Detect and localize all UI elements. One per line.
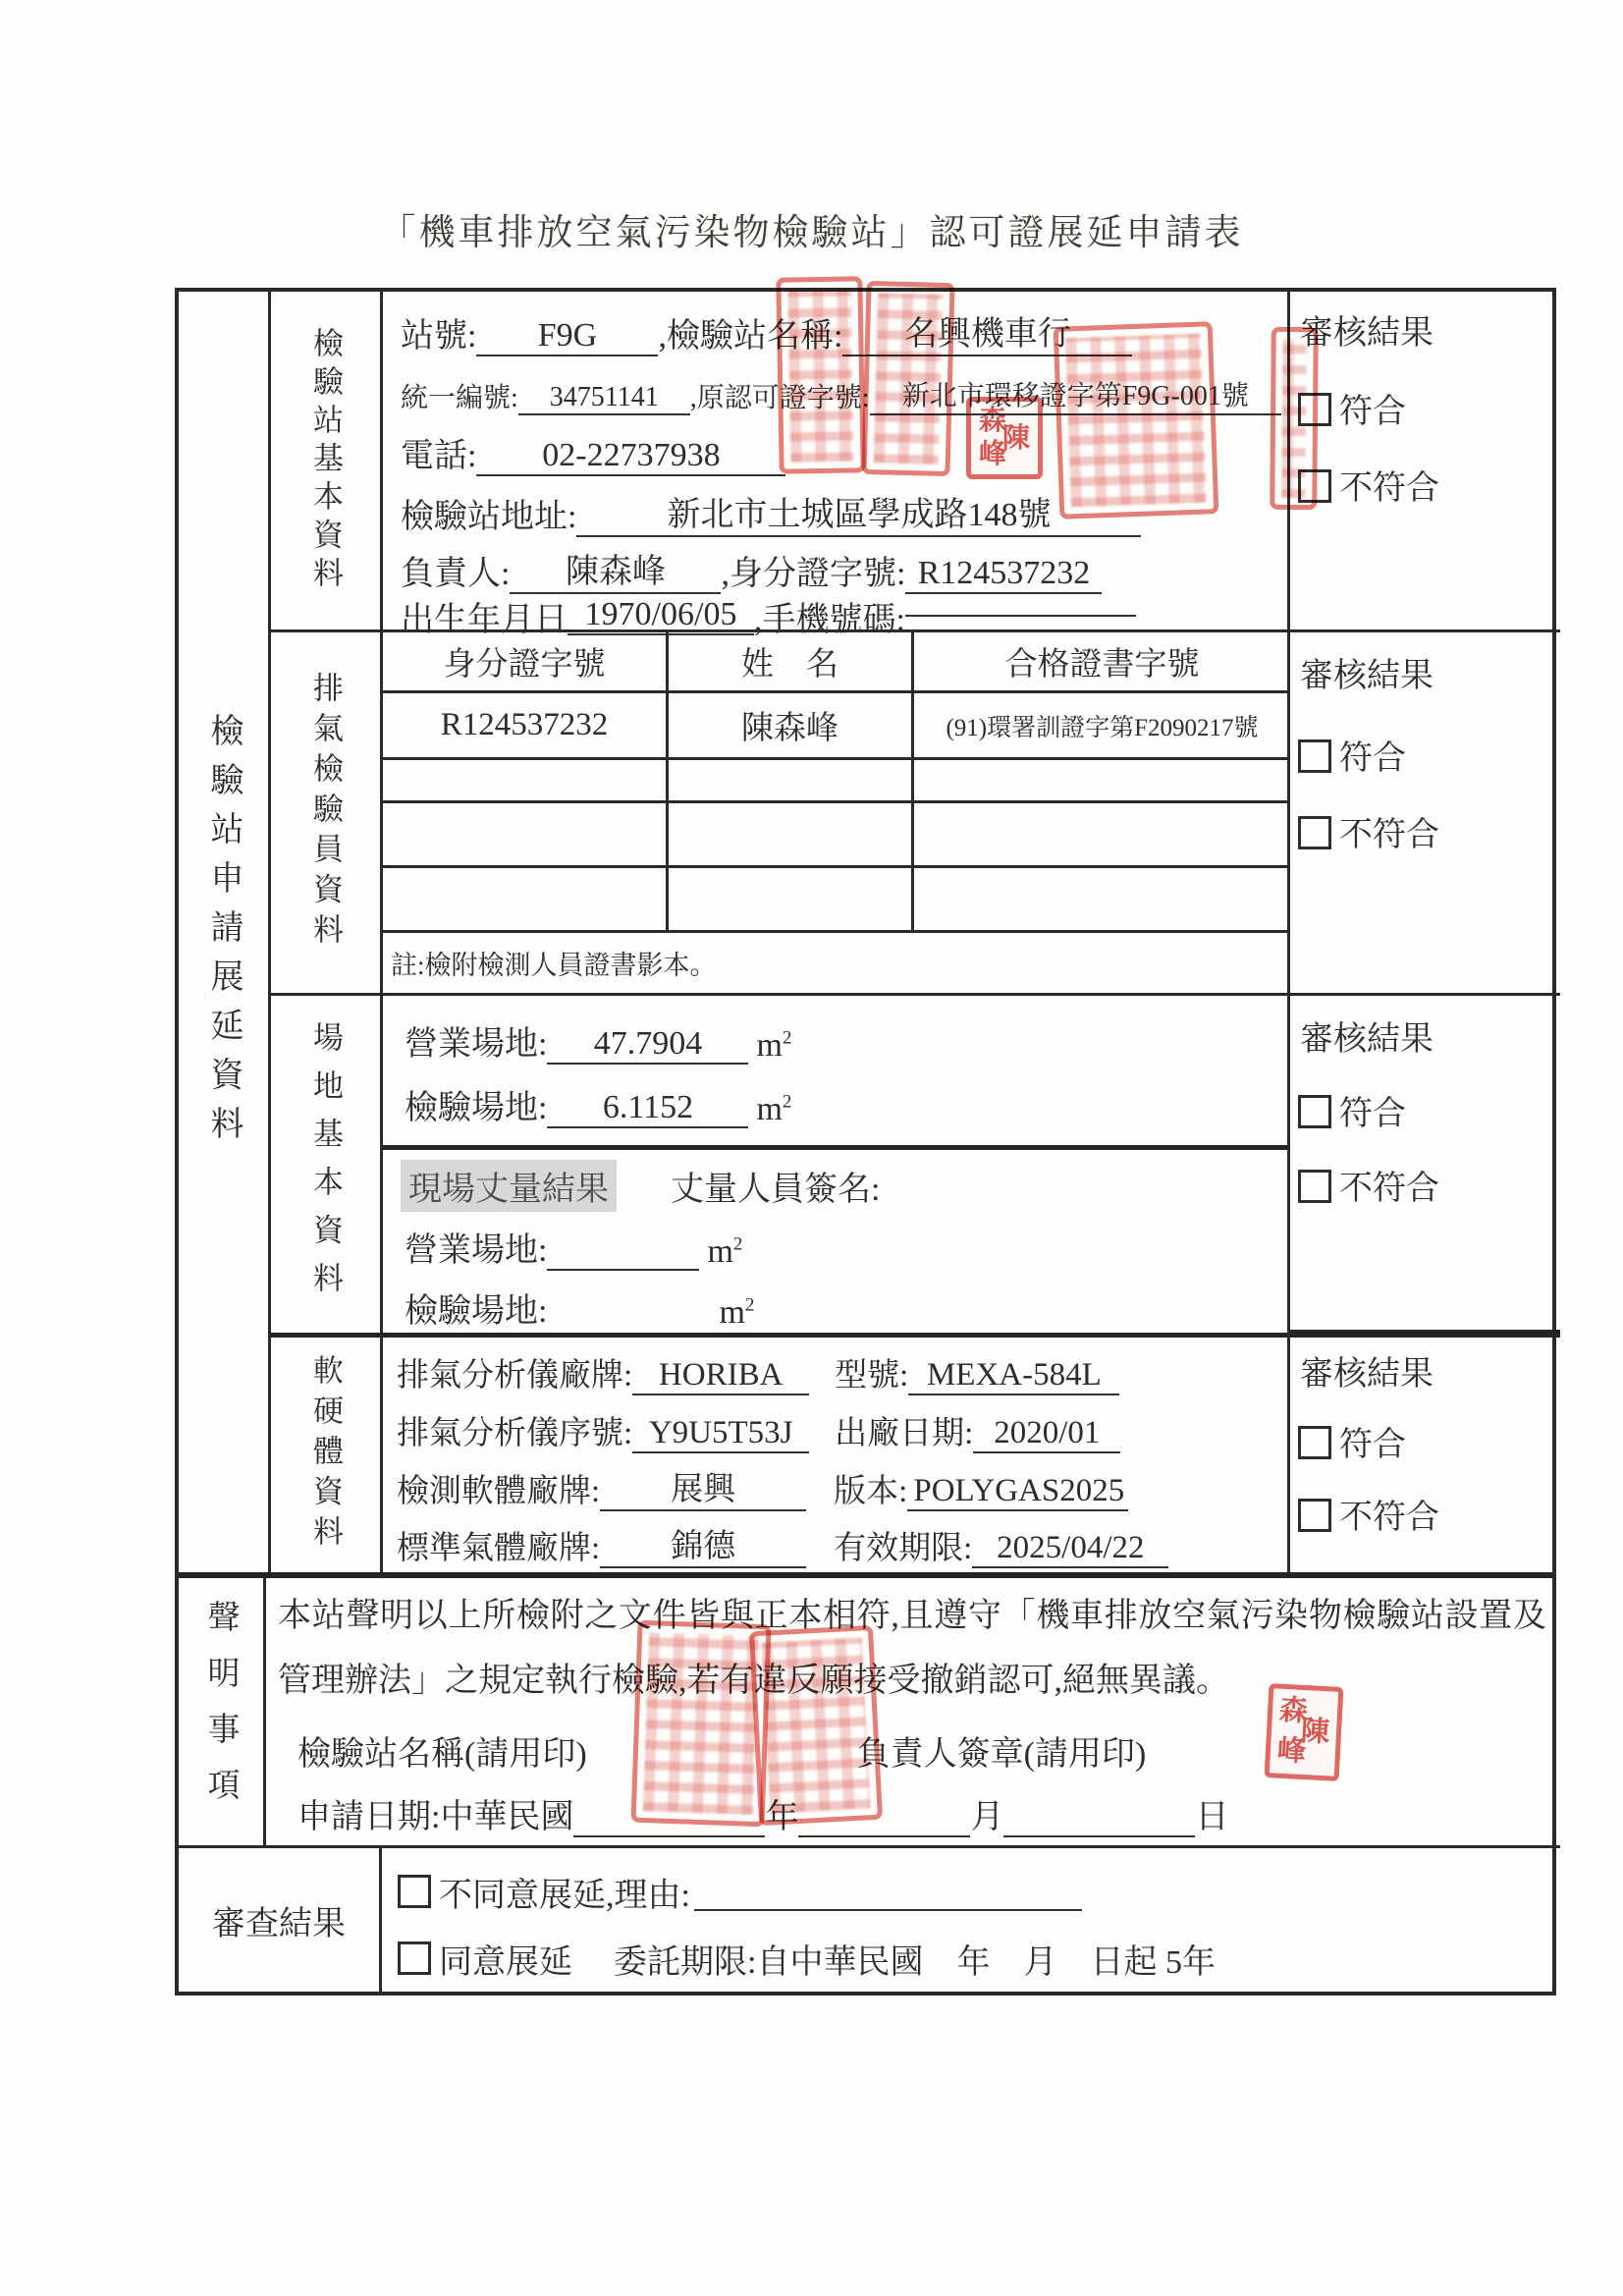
station-no-value: F9G bbox=[476, 317, 658, 356]
unit-m: m bbox=[719, 1294, 744, 1331]
review-header: 審核結果 bbox=[1300, 1011, 1434, 1060]
inspector-table: 身分證字號 姓 名 合格證書字號 R124537232 陳森峰 (91)環署訓證… bbox=[383, 632, 1290, 996]
inspector-name: 陳森峰 bbox=[669, 693, 914, 760]
seal-char: 陳 bbox=[1002, 425, 1030, 453]
apply-year-blank bbox=[573, 1835, 765, 1837]
section1-label: 檢驗站基本資料 bbox=[271, 292, 383, 632]
inspector-id-empty bbox=[383, 760, 669, 803]
inspect-area-value: 6.1152 bbox=[547, 1089, 748, 1128]
version-value: POLYGAS2025 bbox=[907, 1473, 1128, 1511]
fail-checkbox[interactable] bbox=[1298, 816, 1331, 849]
owner-seal-label: 負責人簽章(請用印) bbox=[857, 1726, 1147, 1775]
fail-label: 不符合 bbox=[1339, 1500, 1439, 1536]
version-label: 版本: bbox=[834, 1465, 907, 1511]
scanned-form-page: 「機車排放空氣污染物檢驗站」認可證展延申請表 檢驗站申請展延資料 檢驗站基本資料… bbox=[0, 0, 1623, 2296]
pass-label: 符合 bbox=[1339, 740, 1406, 777]
apply-day-blank bbox=[1003, 1835, 1195, 1837]
analyzer-serial-value: Y9U5T53J bbox=[632, 1415, 809, 1453]
owner-name-seal: 陳 森 峰 bbox=[966, 397, 1043, 479]
review-header: 審核結果 bbox=[1300, 648, 1434, 696]
pass-label: 符合 bbox=[1339, 1096, 1406, 1132]
onsite-inspect-label: 檢驗場地: bbox=[405, 1284, 547, 1332]
fail-checkbox[interactable] bbox=[1298, 1170, 1331, 1203]
pass-label: 符合 bbox=[1339, 1427, 1406, 1463]
company-seal-stamp bbox=[749, 1625, 883, 1826]
agree-detail: 委託期限:自中華民國 年 月 日起 5年 bbox=[614, 1935, 1216, 1983]
station-seal-label: 檢驗站名稱(請用印) bbox=[298, 1726, 587, 1775]
unit-sup: 2 bbox=[733, 1234, 743, 1255]
pass-checkbox[interactable] bbox=[1298, 1095, 1331, 1128]
unit-m: m bbox=[756, 1091, 782, 1127]
fail-label: 不符合 bbox=[1339, 817, 1439, 853]
mobile-blank bbox=[905, 615, 1136, 617]
expiry-value: 2025/04/22 bbox=[972, 1530, 1168, 1568]
review-header: 審核結果 bbox=[1300, 305, 1434, 354]
disagree-label: 不同意展延,理由: bbox=[439, 1868, 690, 1916]
pass-checkbox[interactable] bbox=[1298, 739, 1331, 773]
outer-section-label: 檢驗站申請展延資料 bbox=[179, 292, 271, 1575]
phone-label: 電話: bbox=[401, 428, 476, 476]
inspector-name-empty bbox=[669, 803, 914, 868]
inspector-id-empty bbox=[383, 803, 669, 868]
onsite-business-label: 營業場地: bbox=[405, 1223, 547, 1271]
company-seal-stamp bbox=[1270, 327, 1319, 510]
software-brand-value: 展興 bbox=[600, 1463, 806, 1511]
inspector-col-cert: 合格證書字號 bbox=[914, 632, 1290, 693]
inspect-area-label: 檢驗場地: bbox=[405, 1080, 547, 1128]
inspector-cert-empty bbox=[914, 868, 1290, 933]
address-value: 新北市土城區學成路148號 bbox=[576, 487, 1141, 537]
declaration-label: 聲明事項 bbox=[179, 1578, 266, 1848]
business-area-label: 營業場地: bbox=[405, 1016, 547, 1065]
review-result-box-4: 審核結果 符合 不符合 bbox=[1290, 1335, 1560, 1575]
agree-label: 同意展延 bbox=[439, 1935, 572, 1983]
company-seal-stamp bbox=[861, 281, 954, 476]
station-no-label: 站號: bbox=[401, 308, 476, 356]
declaration-content: 本站聲明以上所檢附之文件皆與正本相符,且遵守「機車排放空氣污染物檢驗站設置及管理… bbox=[266, 1578, 1560, 1848]
month-label: 月 bbox=[970, 1789, 1003, 1837]
software-brand-label: 檢測軟體廠牌: bbox=[397, 1465, 600, 1511]
inspector-id: R124537232 bbox=[383, 693, 669, 760]
business-area-value: 47.7904 bbox=[547, 1025, 748, 1065]
gas-brand-label: 標準氣體廠牌: bbox=[397, 1522, 600, 1568]
measure-divider bbox=[383, 1145, 1287, 1150]
model-value: MEXA-584L bbox=[908, 1357, 1119, 1395]
analyzer-brand-value: HORIBA bbox=[632, 1357, 809, 1395]
review-result-box-2: 審核結果 符合 不符合 bbox=[1290, 632, 1560, 996]
review-result-box-1: 審核結果 符合 不符合 bbox=[1290, 292, 1560, 632]
fail-label: 不符合 bbox=[1339, 1171, 1439, 1207]
inspector-id-empty bbox=[383, 868, 669, 933]
day-label: 日 bbox=[1195, 1789, 1228, 1837]
mfg-date-value: 2020/01 bbox=[973, 1415, 1120, 1453]
section4-label: 軟硬體資料 bbox=[271, 1335, 383, 1575]
seal-char: 峰 bbox=[1276, 1737, 1306, 1767]
disagree-checkbox[interactable] bbox=[398, 1875, 431, 1908]
onsite-measure-label: 現場丈量結果 bbox=[401, 1160, 617, 1212]
uniform-no-label: 統一編號: bbox=[401, 376, 518, 415]
review-result-box-3: 審核結果 符合 不符合 bbox=[1290, 996, 1560, 1335]
seal-char: 森 bbox=[979, 408, 1006, 435]
inspector-col-name: 姓 名 bbox=[669, 632, 914, 693]
section3-label: 場地基本資料 bbox=[271, 996, 383, 1335]
mfg-date-label: 出廠日期: bbox=[835, 1407, 973, 1453]
fail-checkbox[interactable] bbox=[1298, 1499, 1331, 1532]
section3-content: 營業場地: 47.7904 m2 檢驗場地: 6.1152 m2 現場丈量結果 … bbox=[383, 996, 1290, 1335]
inspector-cert: (91)環署訓證字第F2090217號 bbox=[914, 693, 1290, 760]
owner-name-seal: 陳 森 峰 bbox=[1265, 1683, 1344, 1781]
final-review-content: 不同意展延,理由: 同意展延 委託期限:自中華民國 年 月 日起 5年 bbox=[382, 1848, 1560, 1993]
analyzer-serial-label: 排氣分析儀序號: bbox=[397, 1407, 632, 1453]
onsite-business-blank bbox=[547, 1269, 699, 1271]
seal-char: 森 bbox=[1278, 1697, 1308, 1726]
inspector-name-empty bbox=[669, 760, 914, 803]
agree-checkbox[interactable] bbox=[398, 1941, 431, 1975]
company-seal-stamp bbox=[776, 276, 865, 474]
section4-content: 排氣分析儀廠牌: HORIBA 型號: MEXA-584L 排氣分析儀序號: Y… bbox=[383, 1335, 1290, 1575]
uniform-no-value: 34751141 bbox=[518, 382, 690, 415]
unit-sup: 2 bbox=[783, 1028, 792, 1049]
company-seal-stamp bbox=[1054, 321, 1219, 519]
inspector-cert-empty bbox=[914, 803, 1290, 868]
inspector-col-id: 身分證字號 bbox=[383, 632, 669, 693]
pass-checkbox[interactable] bbox=[1298, 1426, 1331, 1459]
analyzer-brand-label: 排氣分析儀廠牌: bbox=[397, 1349, 632, 1395]
surveyor-sign-label: 丈量人員簽名: bbox=[671, 1162, 880, 1210]
inspector-cert-empty bbox=[914, 760, 1290, 803]
address-label: 檢驗站地址: bbox=[401, 489, 576, 537]
review-header: 審核結果 bbox=[1300, 1346, 1434, 1394]
gas-brand-value: 錦德 bbox=[600, 1520, 806, 1568]
inspector-name-empty bbox=[669, 868, 914, 933]
seal-char: 峰 bbox=[979, 441, 1006, 468]
apply-date-prefix: 申請日期:中華民國 bbox=[298, 1789, 573, 1837]
apply-month-blank bbox=[798, 1835, 970, 1837]
fail-label: 不符合 bbox=[1339, 470, 1439, 507]
expiry-label: 有效期限: bbox=[834, 1522, 972, 1568]
birth-value: 1970/06/05 bbox=[568, 596, 754, 635]
unit-sup: 2 bbox=[745, 1295, 755, 1316]
model-label: 型號: bbox=[835, 1349, 908, 1395]
final-review-label: 審查結果 bbox=[179, 1848, 382, 1993]
page-title: 「機車排放空氣污染物檢驗站」認可證展延申請表 bbox=[0, 202, 1623, 255]
phone-value: 02-22737938 bbox=[476, 437, 785, 476]
section2-label: 排氣檢驗員資料 bbox=[271, 632, 383, 996]
unit-m: m bbox=[756, 1027, 782, 1064]
inspector-note: 註:檢附檢測人員證書影本。 bbox=[391, 933, 1284, 992]
disagree-reason-blank bbox=[694, 1872, 1082, 1911]
unit-m: m bbox=[707, 1233, 732, 1270]
unit-sup: 2 bbox=[783, 1092, 792, 1113]
declaration-text: 本站聲明以上所檢附之文件皆與正本相符,且遵守「機車排放空氣污染物檢驗站設置及管理… bbox=[278, 1584, 1546, 1714]
pass-label: 符合 bbox=[1339, 394, 1406, 430]
